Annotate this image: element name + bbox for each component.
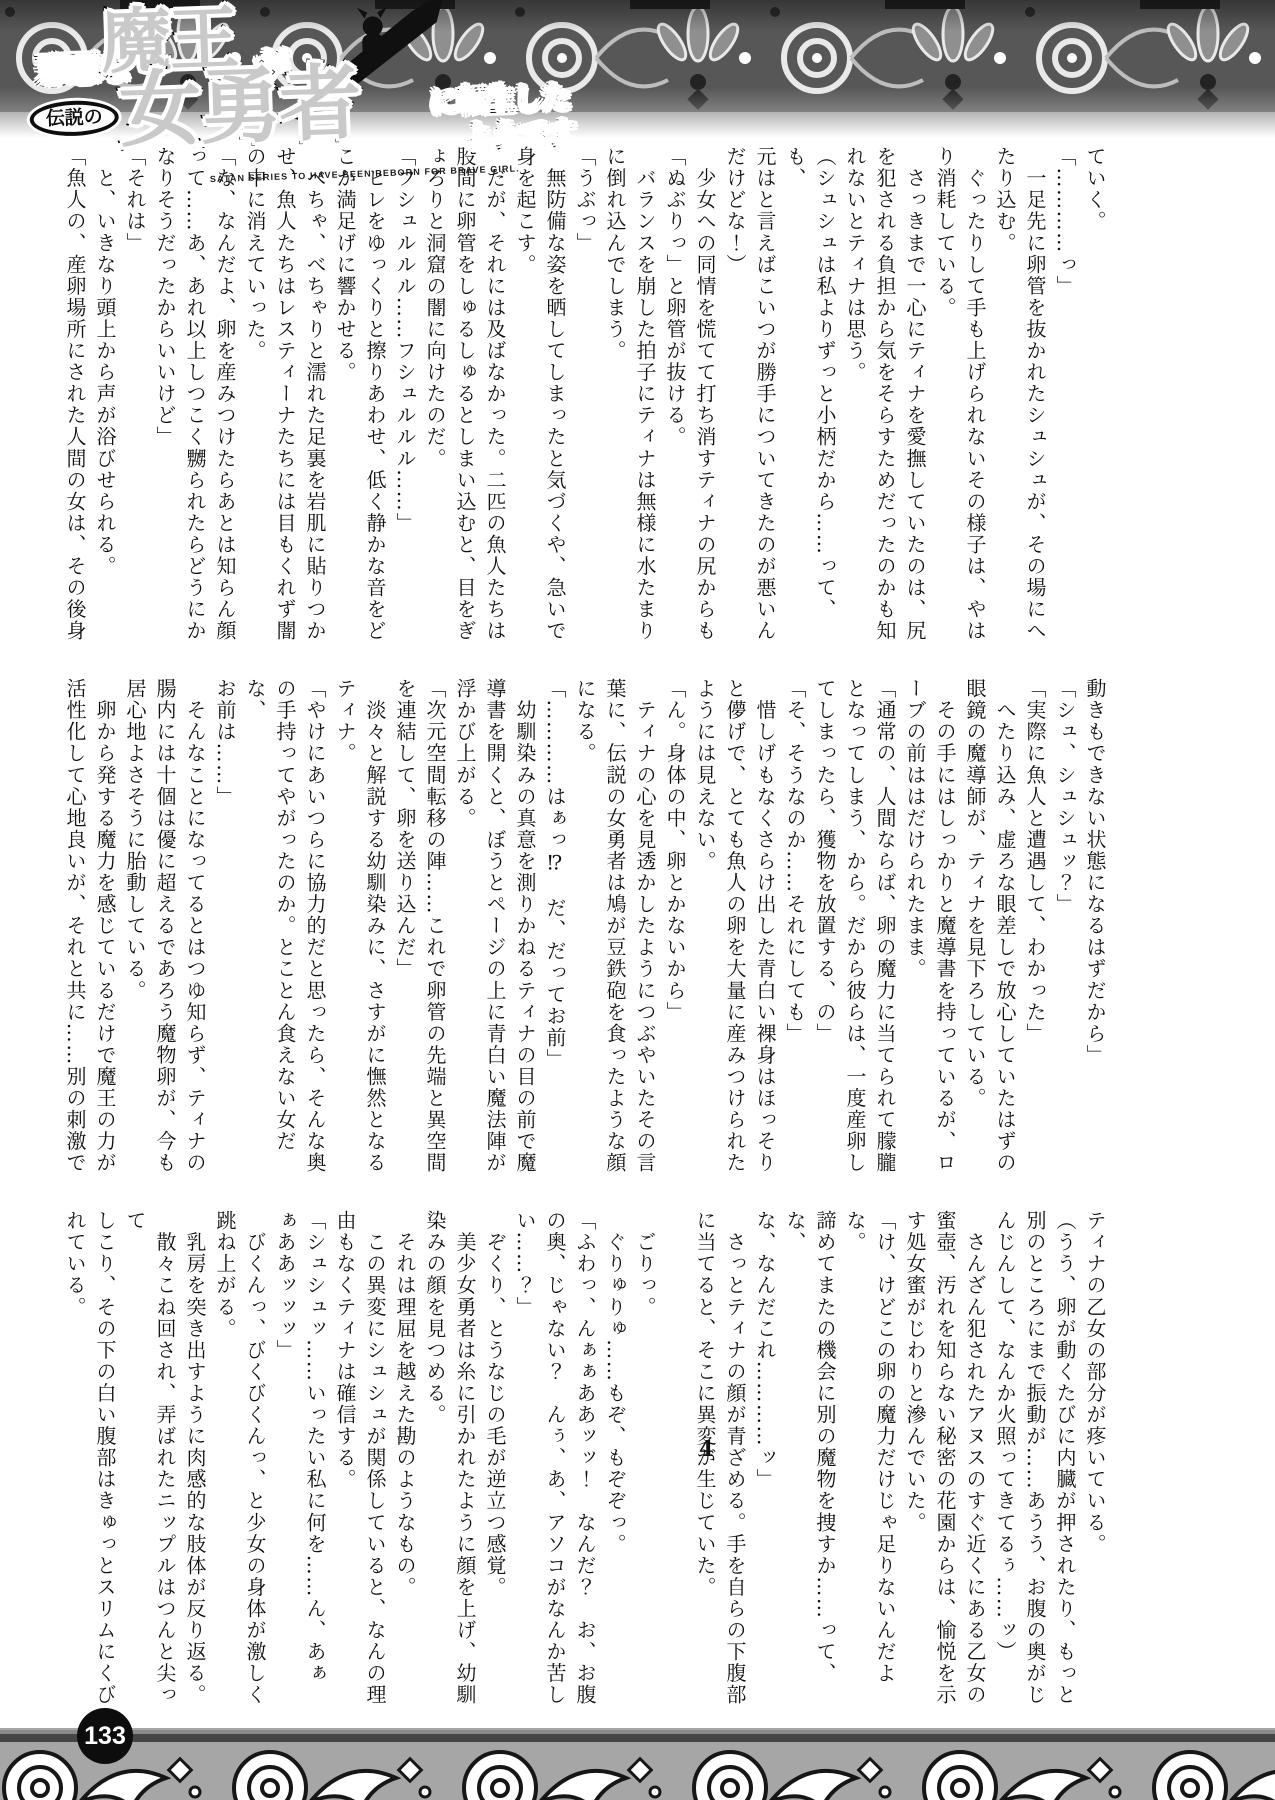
- text-column: たり込む。: [990, 146, 1020, 646]
- text-column: 居心地よさそうに胎動している。: [120, 678, 150, 1178]
- text-column: 「フシュルルル……フシュルルル……」: [390, 146, 420, 646]
- text-column: （うう、卵が動くたびに内臓が押されたり、もっと: [1050, 1210, 1080, 1710]
- text-column: 「やけにあいつらに協力的だと思ったら、そんな奥: [300, 678, 330, 1178]
- text-column: それは理屈を越えた勘のようなもの。: [390, 1210, 420, 1710]
- text-column: 無防備な姿を晒してしまったと気づくや、急いで: [540, 146, 570, 646]
- text-column: 「シュ、シュシュッ？」: [1050, 678, 1080, 1178]
- text-column: 美少女勇者は糸に引かれたように顔を上げ、幼馴: [450, 1210, 480, 1710]
- text-column: だが、それには及ばなかった。二匹の魚人たちは: [480, 146, 510, 646]
- text-column: す処女蜜がじわりと滲んでいた。: [900, 1210, 930, 1710]
- text-band-1: ていく。「…………っ」 一足先に卵管を抜かれたシュシュが、その場にへたり込む。 …: [60, 146, 1110, 646]
- text-column: ティナの乙女の部分が疼いている。: [1080, 1210, 1110, 1710]
- text-column: ぞくり、とうなじの毛が逆立つ感覚。: [480, 1210, 510, 1710]
- text-column: びくんっ、びくびくんっ、と少女の身体が激しく: [240, 1210, 270, 1710]
- logo-line2-suffix2: ようです: [462, 119, 575, 153]
- text-column: ょろりと洞窟の闇に向けたのだ。: [420, 146, 450, 646]
- text-column: この異変にシュシュが関係していると、なんの理: [360, 1210, 390, 1710]
- text-column: 一足先に卵管を抜かれたシュシュが、その場にへ: [1020, 146, 1050, 646]
- text-column: （シュシュは私よりずっと小柄だから……って、も、: [780, 146, 840, 646]
- text-column: となってしまう、から。だから彼らは、一度産卵し: [840, 678, 870, 1178]
- text-column: になる。: [570, 678, 600, 1178]
- text-column: ごりっ。: [630, 1210, 660, 1710]
- text-column: ていく。: [1080, 146, 1110, 646]
- text-column: べちゃ、べちゃりと濡れた足裏を岩肌に貼りつか: [300, 146, 330, 646]
- text-column: 身を起こす。: [510, 146, 540, 646]
- text-column: [660, 1210, 690, 1710]
- page-number-badge: 133: [77, 1708, 133, 1764]
- text-column: 「…………っ」: [1050, 146, 1080, 646]
- text-column: ヒレをゆっくりと擦りあわせ、低く静かな音をど: [360, 146, 390, 646]
- imp-silhouette-icon: [357, 7, 389, 59]
- text-column: の中に消えていった。: [240, 146, 270, 646]
- text-column: 染みの顔を見つめる。: [420, 1210, 450, 1710]
- text-column: 「な、なんだよ、卵を産みつけたらあとは知らん顔: [210, 146, 240, 646]
- text-column: 諦めてまたの機会に別の魔物を捜すか……って、な、: [780, 1210, 840, 1710]
- text-column: 跳ね上がる。: [210, 1210, 240, 1710]
- text-column: だけどな！）: [720, 146, 750, 646]
- text-column: 「ん。身体の中、卵とかないから」: [660, 678, 690, 1178]
- text-column: 股間に卵管をしゅるしゅるとしまい込むと、目をぎ: [450, 146, 480, 646]
- text-column: せ、魚人たちはレスティーナたちには目もくれず闇: [270, 146, 300, 646]
- text-column: れないとティナは思う。: [840, 146, 870, 646]
- text-column: こか満足げに響かせる。: [330, 146, 360, 646]
- text-column: お前は……」: [210, 678, 240, 1178]
- text-column: ぁああッッッ」: [270, 1210, 300, 1710]
- text-column: 腸内には十個は優に超えるであろう魔物卵が、今も: [150, 678, 180, 1178]
- logo-densetsu-badge: 伝説の: [29, 99, 119, 137]
- text-column: ティナの心を見透かしたようにつぶやいたその言: [630, 678, 660, 1178]
- text-column: さっきまで一心にティナを愛撫していたのは、尻: [900, 146, 930, 646]
- text-column: な、なんだこれ…………ッ」: [750, 1210, 780, 1710]
- text-column: 「ふわっ、んぁぁああッッ！ なんだ？ お、お腹: [570, 1210, 600, 1710]
- text-column: ぐりゅりゅ……もぞ、もぞぞっ。: [600, 1210, 630, 1710]
- text-column: を連結して、卵を送り込んだ」: [390, 678, 420, 1178]
- text-column: と、いきなり頭上から声が浴びせられる。: [90, 146, 120, 646]
- text-column: 眼鏡の魔導師が、ティナを見下ろしている。: [960, 678, 990, 1178]
- text-column: ティナ。: [330, 678, 360, 1178]
- bottom-ornament-border: [0, 1728, 1275, 1800]
- text-column: 蜜壺、汚れを知らない秘密の花園からは、愉悦を示: [930, 1210, 960, 1710]
- text-column: 活性化して心地良いが、それと共に……別の刺激で: [60, 678, 90, 1178]
- text-column: ーブの前ははだけられたまま。: [900, 678, 930, 1178]
- section-number: 4: [699, 1436, 714, 1461]
- text-column: ぐったりして手も上げられないその様子は、やは: [960, 146, 990, 646]
- text-column: に倒れ込んでしまう。: [600, 146, 630, 646]
- text-column: 「次元空間転移の陣……これで卵管の先端と異空間: [420, 678, 450, 1178]
- text-column: 「実際に魚人と遭遇して、わかった」: [1020, 678, 1050, 1178]
- text-column: 乳房を突き出すように肉感的な肢体が反り返る。: [180, 1210, 210, 1710]
- text-column: その手にはしっかりと魔導書を持っているが、ロ: [930, 678, 960, 1178]
- text-column: の手持ってやがったのか。とことん食えない女だな、: [240, 678, 300, 1178]
- text-column: 「それは」: [120, 146, 150, 646]
- text-column: 元はと言えばこいつが勝手についてきたのが悪いん: [750, 146, 780, 646]
- text-column: 動きもできない状態になるはずだから」: [1080, 678, 1110, 1178]
- text-column: 別のところにまで振動が……あうう、お腹の奥がじ: [1020, 1210, 1050, 1710]
- text-column: てしまったら、獲物を放置する、の」: [810, 678, 840, 1178]
- text-column: そんなことになってるとはつゆ知らず、ティナの: [180, 678, 210, 1178]
- text-column: 「通常の、人間ならば、卵の魔力に当てられて朦朧: [870, 678, 900, 1178]
- text-column: しこり、その下の白い腹部はきゅっとスリムにくび: [90, 1210, 120, 1710]
- text-column: り消耗している。: [930, 146, 960, 646]
- logo-line2-suffix1: に転生した: [429, 84, 570, 119]
- text-column: 散々こね回され、弄ばれたニップルはつんと尖って: [120, 1210, 180, 1710]
- text-column: 「そ、そうなのか……それにしても」: [780, 678, 810, 1178]
- text-column: 「…………はぁっ⁉ だ、だってお前」: [540, 678, 570, 1178]
- text-column: 葉に、伝説の女勇者は鳩が豆鉄砲を食ったような顔: [600, 678, 630, 1178]
- text-column: ようには見えない。: [690, 678, 720, 1178]
- text-column: と儚げで、とても魚人の卵を大量に産みつけられた: [720, 678, 750, 1178]
- book-page: 邪悪な 魔王 が 伝説の 女勇者 に転生した ようです SATAN SERIES…: [0, 0, 1275, 1800]
- text-column: 幼馴染みの真意を測りかねるティナの目の前で魔: [510, 678, 540, 1178]
- text-column: さっとティナの顔が青ざめる。手を自らの下腹部: [720, 1210, 750, 1710]
- text-column: 卵から発する魔力を感じているだけで魔王の力が: [90, 678, 120, 1178]
- series-logo: 邪悪な 魔王 が 伝説の 女勇者 に転生した ようです SATAN SERIES…: [22, 0, 748, 195]
- text-column: って……あ、あれ以上しつこく嬲られたらどうにか: [180, 146, 210, 646]
- text-column: 惜しげもなくさらけ出した青白い裸身はほっそり: [750, 678, 780, 1178]
- text-column: れている。: [60, 1210, 90, 1710]
- text-column: を犯される負担から気をそらすためだったのかも知: [870, 146, 900, 646]
- text-column: 少女への同情を慌てて打ち消すティナの尻からも: [690, 146, 720, 646]
- text-column: さんざん犯されたアヌスのすぐ近くにある乙女の: [960, 1210, 990, 1710]
- text-column: 「シュシュッ……いったい私に何を……ん、あぁ: [300, 1210, 330, 1710]
- text-column: 由もなくティナは確信する。: [330, 1210, 360, 1710]
- text-column: 「け、けどこの卵の魔力だけじゃ足りないんだよな。: [840, 1210, 900, 1710]
- text-column: 「ぬぶりっ」と卵管が抜ける。: [660, 146, 690, 646]
- text-column: 「うぶっ」: [570, 146, 600, 646]
- text-column: んじんして、なんか火照ってきてるぅ……ッ）: [990, 1210, 1020, 1710]
- logo-line2-big: 女勇者: [118, 63, 361, 153]
- text-column: バランスを崩した拍子にティナは無様に水たまり: [630, 146, 660, 646]
- text-column: なりそうだったからいいけど」: [150, 146, 180, 646]
- text-column: 淡々と解説する幼馴染みに、さすがに憮然となる: [360, 678, 390, 1178]
- text-column: の奥、じゃない？ んぅ、あ、アソコがなんか苦し: [540, 1210, 570, 1710]
- text-column: へたり込み、虚ろな眼差しで放心していたはずの: [990, 678, 1020, 1178]
- text-column: い……？」: [510, 1210, 540, 1710]
- text-column: 導書を開くと、ぼうとページの上に青白い魔法陣が: [480, 678, 510, 1178]
- text-column: 浮かび上がる。: [450, 678, 480, 1178]
- text-band-3: ティナの乙女の部分が疼いている。（うう、卵が動くたびに内臓が押されたり、もっと別…: [60, 1210, 1110, 1710]
- text-column: 「魚人の、産卵場所にされた人間の女は、その後身: [60, 146, 90, 646]
- text-band-2: 動きもできない状態になるはずだから」「シュ、シュシュッ？」「実際に魚人と遭遇して…: [60, 678, 1110, 1178]
